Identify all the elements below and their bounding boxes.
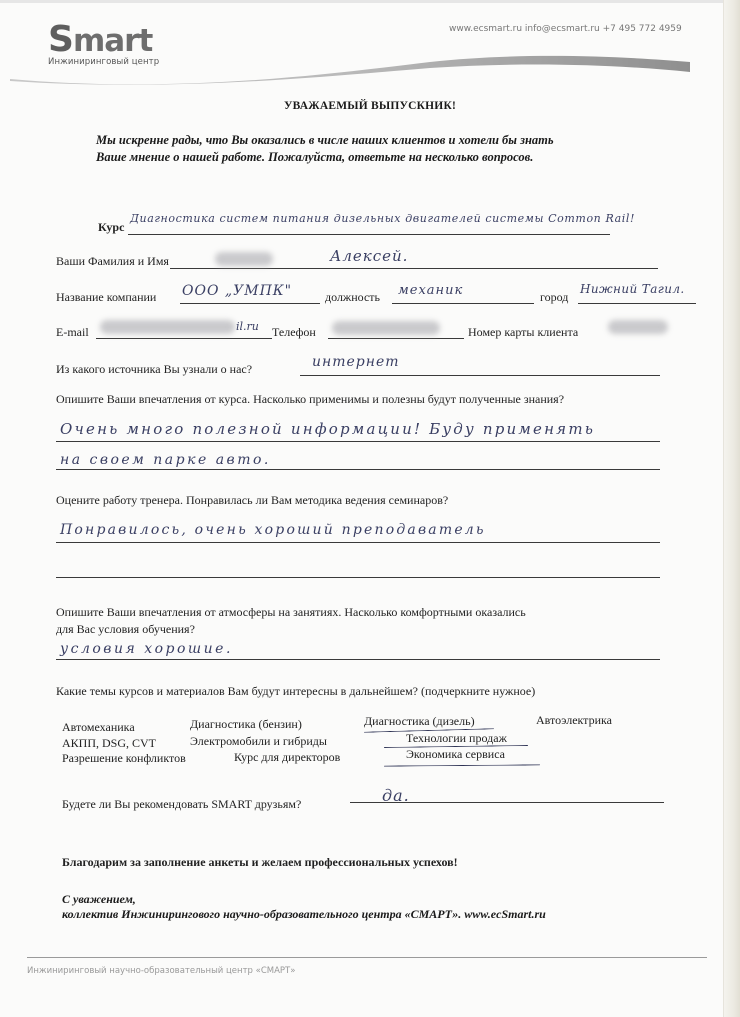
topic-sales-technology[interactable]: Технологии продаж	[406, 731, 507, 746]
intro-line-2: Ваше мнение о нашей работе. Пожалуйста, …	[96, 149, 696, 166]
closing-regards: С уважением,	[62, 892, 546, 907]
topic-service-economics[interactable]: Экономика сервиса	[406, 747, 505, 762]
course-impressions-line-1	[56, 441, 660, 442]
name-label: Ваши Фамилия и Имя	[56, 254, 169, 269]
course-field-line	[128, 234, 610, 235]
course-field[interactable]: Диагностика систем питания дизельных дви…	[130, 212, 635, 225]
intro-text: Мы искренне рады, что Вы оказались в чис…	[96, 132, 696, 166]
city-label: город	[540, 290, 568, 305]
atmosphere-answer[interactable]: условия хорошие.	[60, 641, 233, 657]
topic-electric-hybrid[interactable]: Электромобили и гибриды	[190, 734, 327, 749]
topic-auto-electrics[interactable]: Автоэлектрика	[536, 713, 612, 728]
topic-diagnostics-diesel[interactable]: Диагностика (дизель)	[364, 714, 475, 729]
header-contacts: www.ecsmart.ru info@ecsmart.ru +7 495 77…	[449, 24, 682, 34]
city-field[interactable]: Нижний Тагил.	[580, 282, 685, 296]
footer-divider	[27, 957, 707, 958]
course-label: Курс	[98, 220, 124, 235]
trainer-question: Оцените работу тренера. Понравилась ли В…	[56, 493, 448, 508]
topics-question: Какие темы курсов и материалов Вам будут…	[56, 684, 535, 699]
course-impressions-answer-1[interactable]: Очень много полезной информации! Буду пр…	[60, 420, 595, 438]
name-redaction	[215, 252, 273, 266]
topic-conflict-resolution[interactable]: Разрешение конфликтов	[62, 751, 186, 766]
form-title: УВАЖАЕМЫЙ ВЫПУСКНИК!	[0, 100, 740, 112]
company-field[interactable]: ООО „УМПК"	[182, 283, 292, 299]
scan-right-edge	[723, 0, 740, 1017]
recommend-question: Будете ли Вы рекомендовать SMART друзьям…	[62, 797, 301, 812]
atmosphere-question-line-1: Опишите Ваши впечатления от атмосферы на…	[56, 605, 526, 620]
feedback-form-page: Smart Инжиниринговый центр www.ecsmart.r…	[0, 0, 740, 1017]
email-label: E-mail	[56, 325, 89, 340]
trainer-answer-1[interactable]: Понравилось, очень хороший преподаватель	[60, 522, 486, 538]
trainer-answer-line-1	[56, 542, 660, 543]
client-card-label: Номер карты клиента	[468, 325, 578, 340]
position-label: должность	[325, 290, 380, 305]
closing-signature-line: коллектив Инжинирингового научно-образов…	[62, 907, 546, 922]
course-impressions-question: Опишите Ваши впечатления от курса. Наско…	[56, 392, 564, 407]
topic-directors-course[interactable]: Курс для директоров	[234, 750, 340, 765]
phone-redaction[interactable]	[332, 321, 440, 335]
closing-thanks: Благодарим за заполнение анкеты и желаем…	[62, 855, 458, 870]
intro-line-1: Мы искренне рады, что Вы оказались в чис…	[96, 132, 696, 149]
source-answer-line	[300, 375, 660, 376]
phone-field-line	[328, 338, 464, 339]
footer-text: Инжиниринговый научно-образовательный це…	[27, 966, 295, 976]
topic-service-economics-underline	[384, 764, 540, 766]
client-card-redaction[interactable]	[608, 320, 668, 334]
course-impressions-line-2	[56, 469, 660, 470]
course-impressions-answer-2[interactable]: на своем парке авто.	[60, 452, 271, 468]
source-answer[interactable]: интернет	[312, 354, 400, 370]
closing-signature: С уважением, коллектив Инжинирингового н…	[62, 892, 546, 922]
position-field-line	[392, 303, 534, 304]
topic-gearbox[interactable]: АКПП, DSG, CVT	[62, 736, 156, 751]
scan-top-edge	[0, 0, 740, 3]
phone-label: Телефон	[272, 325, 316, 340]
topic-auto-mechanics[interactable]: Автомеханика	[62, 720, 135, 735]
email-field[interactable]: il.ru	[236, 320, 259, 333]
company-field-line	[180, 303, 320, 304]
header-swoosh-decoration	[0, 46, 740, 96]
company-label: Название компании	[56, 290, 156, 305]
position-field[interactable]: механик	[398, 283, 463, 298]
topic-diagnostics-petrol[interactable]: Диагностика (бензин)	[190, 717, 302, 732]
email-redaction	[100, 320, 235, 334]
recommend-answer[interactable]: да.	[382, 786, 410, 805]
source-question: Из какого источника Вы узнали о нас?	[56, 362, 252, 377]
city-field-line	[578, 303, 696, 304]
atmosphere-answer-line	[56, 659, 660, 660]
atmosphere-question-line-2: для Вас условия обучения?	[56, 622, 195, 637]
name-field[interactable]: Алексей.	[330, 247, 408, 265]
email-field-line	[96, 338, 272, 339]
trainer-answer-line-2	[56, 577, 660, 578]
name-field-line	[170, 268, 658, 269]
